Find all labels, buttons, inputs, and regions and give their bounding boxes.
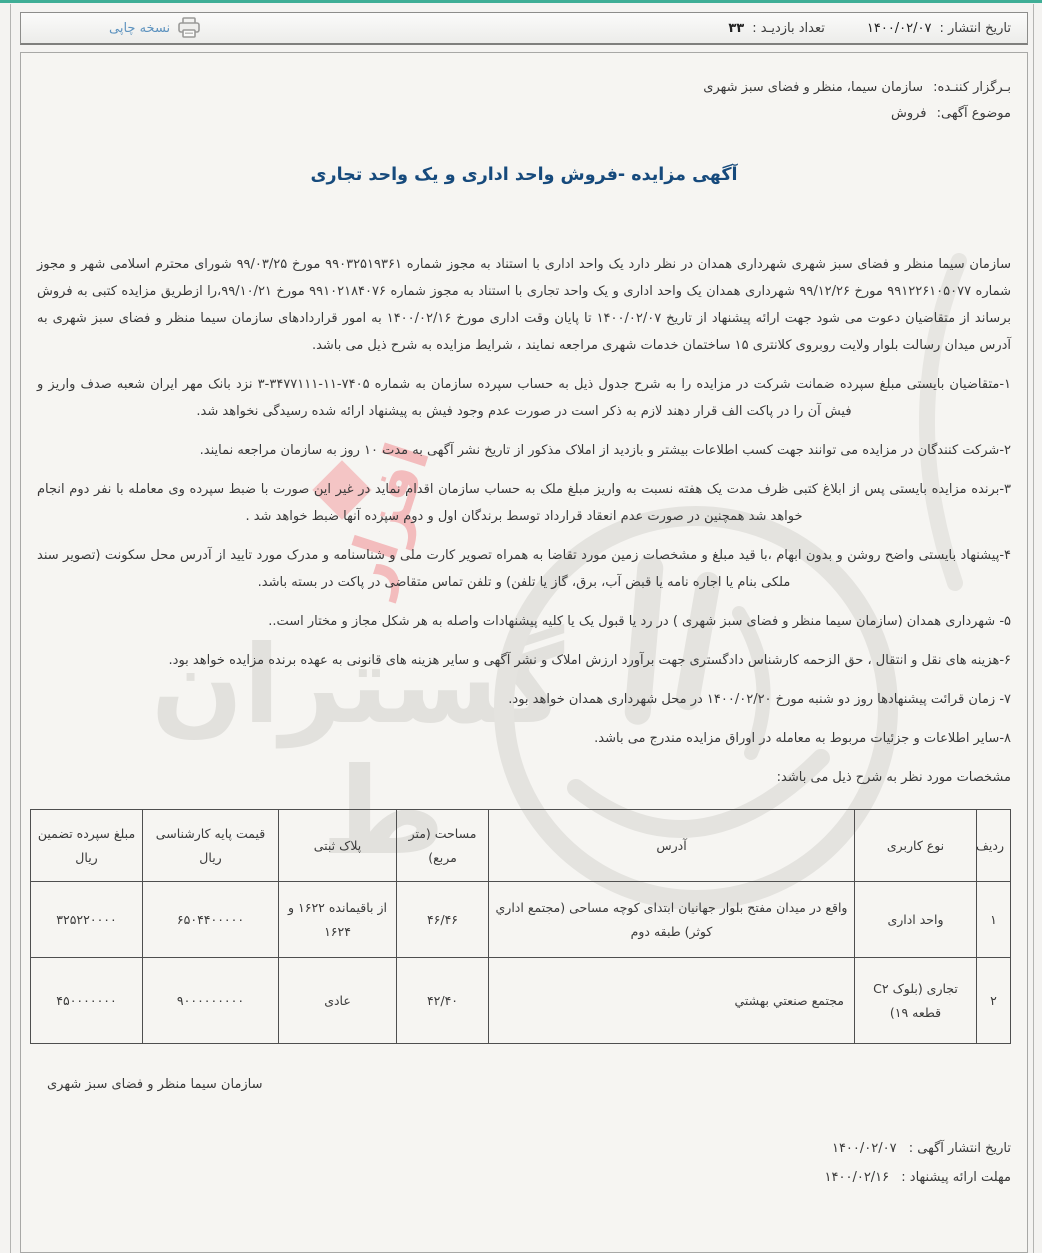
- table-header-cell-0: ردیف: [977, 810, 1011, 882]
- table-header-cell-2: آدرس: [489, 810, 855, 882]
- subject-label: موضوع آگهی:: [937, 106, 1011, 121]
- term-item-4: ۴-پیشنهاد بایستی واضح روشن و بدون ابهام …: [37, 542, 1011, 596]
- topbar: تاریخ انتشار : ۱۴۰۰/۰۲/۰۷ تعداد بازدیـد …: [20, 12, 1028, 45]
- table-cell-r2-c3: ۴۲/۴۰: [397, 958, 489, 1044]
- subject-line: موضوع آگهی: فروش: [37, 101, 1011, 127]
- publish-date-label: تاریخ انتشار :: [940, 21, 1012, 36]
- specs-table: ردیفنوع کاربریآدرسمساحت (متر مربع)پلاک ث…: [30, 809, 1011, 1044]
- term-item-5: ۵- شهرداری همدان (سازمان سیما منظر و فضا…: [37, 608, 1011, 635]
- table-cell-r2-c6: ۴۵۰۰۰۰۰۰۰: [31, 958, 143, 1044]
- footer-publish-label: تاریخ انتشار آگهی :: [909, 1141, 1011, 1156]
- table-cell-r1-c5: ۶۵۰۴۴۰۰۰۰۰: [143, 882, 279, 958]
- page-title: آگهی مزایده -فروش واحد اداری و یک واحد ت…: [37, 161, 1011, 189]
- terms-list: ۱-متقاضیان بایستی مبلغ سپرده ضمانت شرکت …: [37, 371, 1011, 752]
- term-item-2: ۲-شرکت کنندگان در مزایده می توانند جهت ک…: [37, 437, 1011, 464]
- print-version-link[interactable]: نسخه چاپی: [109, 17, 201, 39]
- footer-deadline-label: مهلت ارائه پیشنهاد :: [901, 1170, 1011, 1185]
- subject-value: فروش: [891, 106, 927, 121]
- term-item-7: ۷- زمان قرائت پیشنهادها روز دو شنبه مورخ…: [37, 686, 1011, 713]
- footer-publish-date-line: تاریخ انتشار آگهی : ۱۴۰۰/۰۲/۰۷: [41, 1134, 1011, 1163]
- topbar-info: تاریخ انتشار : ۱۴۰۰/۰۲/۰۷ تعداد بازدیـد …: [728, 21, 1027, 36]
- table-cell-r2-c0: ۲: [977, 958, 1011, 1044]
- specs-intro: مشخصات مورد نظر به شرح ذیل می باشد:: [37, 764, 1011, 791]
- topbar-actions: نسخه چاپی: [21, 17, 201, 39]
- footer-dates: تاریخ انتشار آگهی : ۱۴۰۰/۰۲/۰۷ مهلت ارائ…: [37, 1134, 1011, 1192]
- term-item-3: ۳-برنده مزایده بایستی پس از ابلاغ کتبی ظ…: [37, 476, 1011, 530]
- term-item-1: ۱-متقاضیان بایستی مبلغ سپرده ضمانت شرکت …: [37, 371, 1011, 425]
- footer-deadline-value: ۱۴۰۰/۰۲/۱۶: [825, 1170, 890, 1185]
- table-header-cell-5: قیمت پایه کارشناسی ریال: [143, 810, 279, 882]
- term-item-6: ۶-هزینه های نقل و انتقال ، حق الزحمه کار…: [37, 647, 1011, 674]
- table-cell-r1-c0: ۱: [977, 882, 1011, 958]
- table-row-2: ۲تجاری (بلوک C۲ قطعه ۱۹)مجتمع صنعتي بهشت…: [31, 958, 1011, 1044]
- footer-deadline-line: مهلت ارائه پیشنهاد : ۱۴۰۰/۰۲/۱۶: [41, 1163, 1011, 1192]
- document-content: بـرگزار کننـده: سازمان سیما، منظر و فضای…: [21, 53, 1027, 1192]
- table-cell-r1-c2: واقع در میدان مفتح بلوار جهانیان ابتدای …: [489, 882, 855, 958]
- table-header-row: ردیفنوع کاربریآدرسمساحت (متر مربع)پلاک ث…: [31, 810, 1011, 882]
- publish-date-value: ۱۴۰۰/۰۲/۰۷: [867, 21, 932, 36]
- table-cell-r2-c5: ۹۰۰۰۰۰۰۰۰۰: [143, 958, 279, 1044]
- table-header-cell-4: پلاک ثبتی: [279, 810, 397, 882]
- visits-count: ۳۳: [728, 21, 744, 36]
- table-cell-r2-c4: عادی: [279, 958, 397, 1044]
- top-accent-bar: [0, 0, 1042, 3]
- announcement-panel: افزار گستران ط بـرگزار کننـده: سازمان سی…: [20, 52, 1028, 1253]
- table-cell-r1-c4: از باقیمانده ۱۶۲۲ و ۱۶۲۴: [279, 882, 397, 958]
- print-version-label[interactable]: نسخه چاپی: [109, 21, 170, 36]
- footer-publish-value: ۱۴۰۰/۰۲/۰۷: [832, 1141, 897, 1156]
- table-header-cell-1: نوع کاربری: [855, 810, 977, 882]
- table-row-1: ۱واحد اداریواقع در میدان مفتح بلوار جهان…: [31, 882, 1011, 958]
- table-cell-r1-c3: ۴۶/۴۶: [397, 882, 489, 958]
- table-cell-r2-c1: تجاری (بلوک C۲ قطعه ۱۹): [855, 958, 977, 1044]
- table-header-cell-3: مساحت (متر مربع): [397, 810, 489, 882]
- printer-icon: [177, 17, 201, 39]
- table-cell-r1-c6: ۳۲۵۲۲۰۰۰۰: [31, 882, 143, 958]
- visits-label: تعداد بازدیـد :: [752, 21, 825, 36]
- table-header-cell-6: مبلغ سپرده تضمین ریال: [31, 810, 143, 882]
- table-cell-r2-c2: مجتمع صنعتي بهشتي: [489, 958, 855, 1044]
- organizer-value: سازمان سیما، منظر و فضای سبز شهری: [703, 80, 923, 95]
- intro-paragraph: سازمان سیما منظر و فضای سبز شهری شهرداری…: [37, 251, 1011, 359]
- organizer-line: بـرگزار کننـده: سازمان سیما، منظر و فضای…: [37, 75, 1011, 101]
- term-item-8: ۸-سایر اطلاعات و جزئیات مربوط به معامله …: [37, 725, 1011, 752]
- organizer-label: بـرگزار کننـده:: [933, 80, 1011, 95]
- footer-organization: سازمان سیما منظر و فضای سبز شهری: [37, 1072, 1011, 1098]
- table-cell-r1-c1: واحد اداری: [855, 882, 977, 958]
